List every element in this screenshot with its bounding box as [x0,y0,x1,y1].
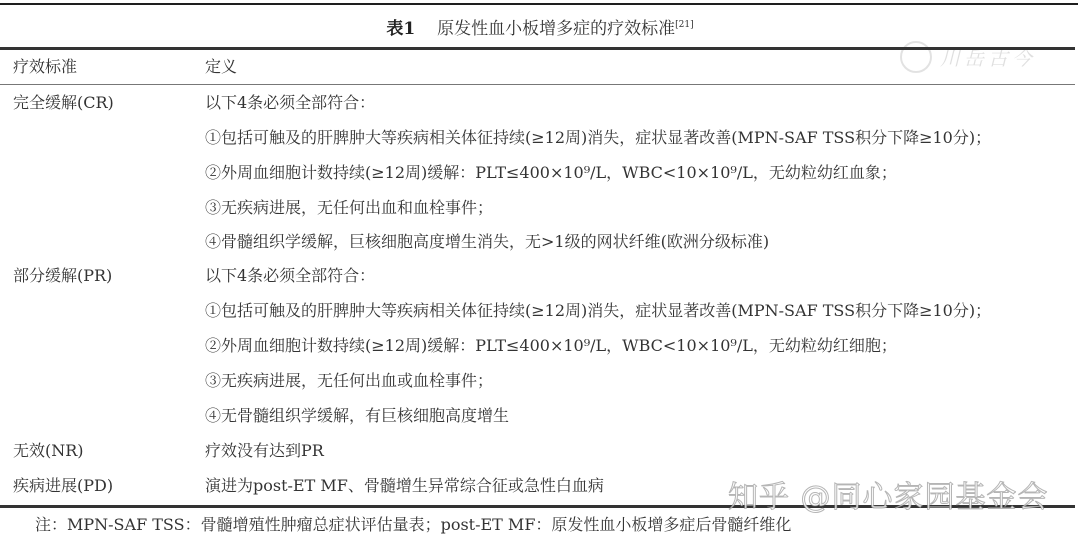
table-caption-label: 表1 [386,19,415,39]
row-pd-line-0: 演进为post-ET MF、骨髓增生异常综合征或急性白血病 [205,475,604,497]
row-cr-line-2: ②外周血细胞计数持续(≥12周)缓解：PLT≤400×10⁹/L，WBC<10×… [205,162,897,184]
row-cr-line-3: ③无疾病进展，无任何出血和血栓事件； [205,197,493,219]
table-top-rule [0,47,1075,50]
row-pr-line-2: ②外周血细胞计数持续(≥12周)缓解：PLT≤400×10⁹/L，WBC<10×… [205,335,897,357]
row-cr-line-1: ①包括可触及的肝脾肿大等疾病相关体征持续(≥12周)消失，症状显著改善(MPN-… [205,127,991,149]
header-rule [0,84,1075,85]
row-cr-line-4: ④骨髓组织学缓解，巨核细胞高度增生消失，无>1级的网状纤维(欧洲分级标准) [205,231,769,253]
row-cr-criterion: 完全缓解(CR) [13,92,114,114]
seal-logo-icon [900,41,932,73]
row-nr-line-0: 疗效没有达到PR [205,440,324,462]
table-footnote: 注：MPN-SAF TSS：骨髓增殖性肿瘤总症状评估量表；post-ET MF：… [35,514,791,536]
row-pd-criterion: 疾病进展(PD) [13,475,113,497]
seal-watermark: 川岳古今 [900,38,1050,78]
header-definition: 定义 [205,56,237,78]
header-criterion: 疗效标准 [13,56,77,78]
top-border-rule [0,3,1078,5]
row-cr-line-0: 以下4条必须全部符合： [205,92,375,114]
row-pr-line-0: 以下4条必须全部符合： [205,265,375,287]
row-nr-criterion: 无效(NR) [13,440,84,462]
row-pr-line-4: ④无骨髓组织学缓解，有巨核细胞高度增生 [205,405,509,427]
table-caption-reference: [21] [675,20,693,30]
row-pr-line-3: ③无疾病进展，无任何出血或血栓事件； [205,370,493,392]
zhihu-watermark: 知乎 @同心家园基金会 [728,478,1049,518]
table-caption-title: 原发性血小板增多症的疗效标准 [437,19,675,39]
row-pr-criterion: 部分缓解(PR) [13,265,112,287]
row-pr-line-1: ①包括可触及的肝脾肿大等疾病相关体征持续(≥12周)消失，症状显著改善(MPN-… [205,300,991,322]
